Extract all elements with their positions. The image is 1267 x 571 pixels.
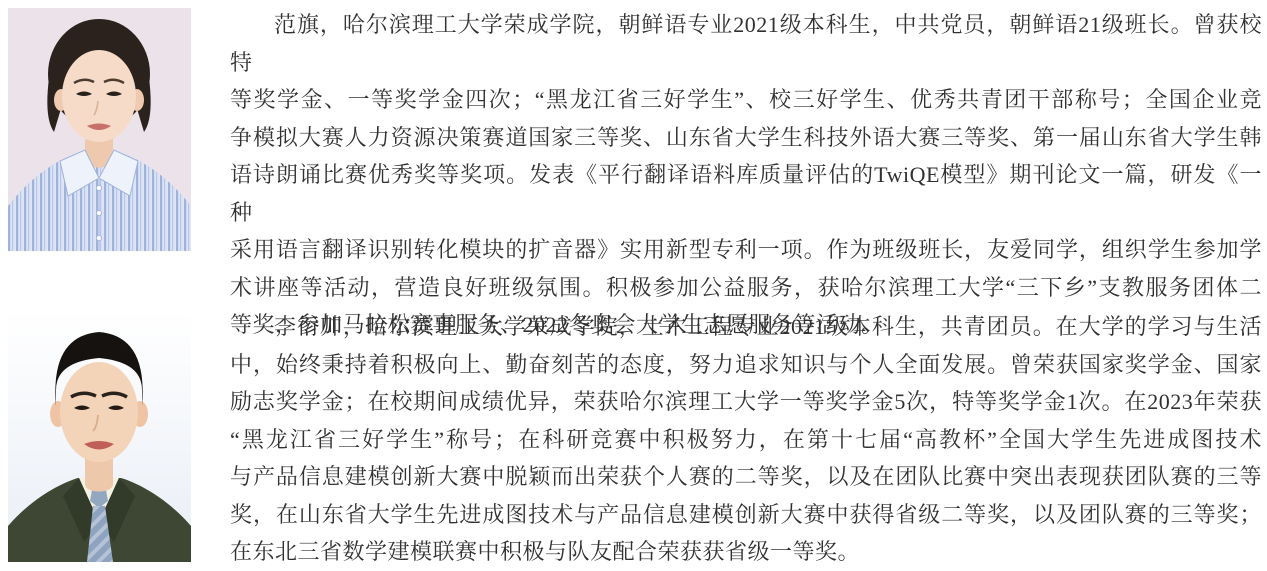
bio-text-li-yanshuai: 李衍帅，哈尔滨理工大学荣成学院，土木工程专业2021级本科生，共青团员。在大学的…	[230, 308, 1262, 571]
bio-line: 术讲座等活动，营造良好班级氛围。积极参加公益服务，获哈尔滨理工大学“三下乡”支教…	[230, 269, 1262, 307]
bio-line: 中，始终秉持着积极向上、勤奋刻苦的态度，努力追求知识与个人全面发展。曾荣获国家奖…	[230, 346, 1262, 384]
bio-line: 与产品信息建模创新大赛中脱颖而出荣获个人赛的二等奖，以及在团队比赛中突出表现获团…	[230, 458, 1262, 496]
student-photo-li-yanshuai	[8, 310, 191, 562]
button	[96, 210, 101, 215]
bio-line: 奖，在山东省大学生先进成图技术与产品信息建模创新大赛中获得省级二等奖，以及团队赛…	[230, 496, 1262, 534]
button	[96, 235, 101, 240]
student-photo-fan-qi	[8, 8, 191, 251]
bio-line: 李衍帅，哈尔滨理工大学荣成学院，土木工程专业2021级本科生，共青团员。在大学的…	[230, 308, 1262, 346]
bio-text-fan-qi: 范旗，哈尔滨理工大学荣成学院，朝鲜语专业2021级本科生，中共党员，朝鲜语21级…	[230, 6, 1262, 344]
button	[96, 185, 101, 190]
woman-id-photo-illustration	[8, 8, 191, 251]
bio-line: 争模拟大赛人力资源决策赛道国家三等奖、山东省大学生科技外语大赛三等奖、第一届山东…	[230, 119, 1262, 157]
bio-line: 等奖学金、一等奖学金四次；“黑龙江省三好学生”、校三好学生、优秀共青团干部称号；…	[230, 81, 1262, 119]
bio-line: 在东北三省数学建模联赛中积极与队友配合荣获获省级一等奖。	[230, 533, 1262, 571]
bio-line: 语诗朗诵比赛优秀奖等奖项。发表《平行翻译语料库质量评估的TwiQE模型》期刊论文…	[230, 156, 1262, 231]
bio-line: 励志奖学金；在校期间成绩优异，荣获哈尔滨理工大学一等奖学金5次，特等奖学金1次。…	[230, 383, 1262, 421]
document-page: 范旗，哈尔滨理工大学荣成学院，朝鲜语专业2021级本科生，中共党员，朝鲜语21级…	[0, 0, 1267, 571]
man-id-photo-illustration	[8, 310, 191, 562]
bio-line: “黑龙江省三好学生”称号；在科研竞赛中积极努力，在第十七届“高教杯”全国大学生先…	[230, 421, 1262, 459]
bio-line: 采用语言翻译识别转化模块的扩音器》实用新型专利一项。作为班级班长，友爱同学，组织…	[230, 231, 1262, 269]
bio-line: 范旗，哈尔滨理工大学荣成学院，朝鲜语专业2021级本科生，中共党员，朝鲜语21级…	[230, 6, 1262, 81]
